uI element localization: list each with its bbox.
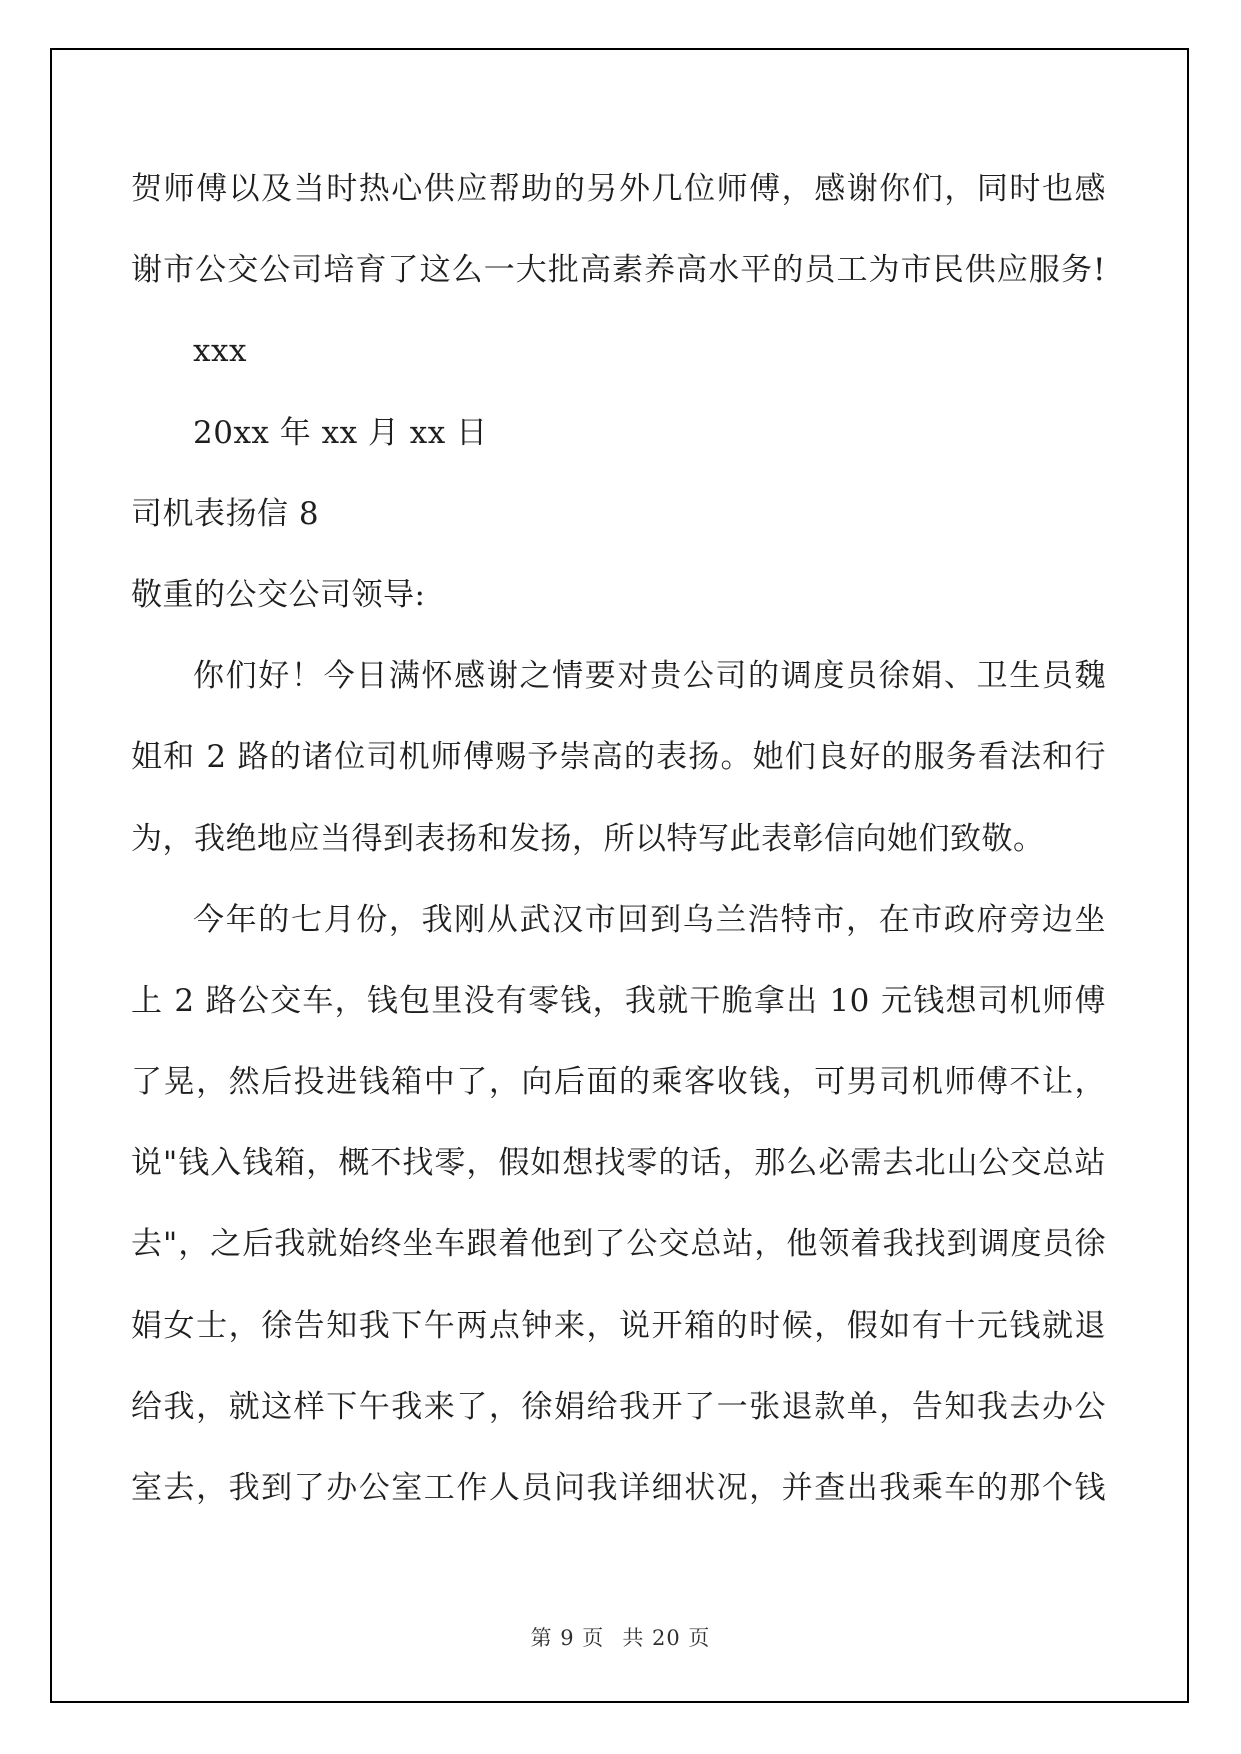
document-line: 你们好！今日满怀感谢之情要对贵公司的调度员徐娟、卫生员魏 (131, 636, 1106, 717)
document-line: 贺师傅以及当时热心供应帮助的另外几位师傅，感谢你们，同时也感 (131, 149, 1106, 230)
document-line: 姐和 2 路的诸位司机师傅赐予崇高的表扬。她们良好的服务看法和行 (131, 717, 1106, 798)
document-line: 上 2 路公交车，钱包里没有零钱，我就干脆拿出 10 元钱想司机师傅晃 (131, 961, 1106, 1042)
salutation-line: 敬重的公交公司领导: (131, 555, 1106, 636)
document-line: 今年的七月份，我刚从武汉市回到乌兰浩特市，在市政府旁边坐 (131, 880, 1106, 961)
footer-current-page: 第 9 页 (531, 1626, 605, 1650)
document-line: 为，我绝地应当得到表扬和发扬，所以特写此表彰信向她们致敬。 (131, 799, 1106, 880)
document-line: 给我，就这样下午我来了，徐娟给我开了一张退款单，告知我去办公 (131, 1367, 1106, 1448)
document-line: 去"，之后我就始终坐车跟着他到了公交总站，他领着我找到调度员徐 (131, 1204, 1106, 1285)
document-line: 了晃，然后投进钱箱中了，向后面的乘客收钱，可男司机师傅不让， (131, 1042, 1106, 1123)
document-line: 室去，我到了办公室工作人员问我详细状况，并查出我乘车的那个钱 (131, 1448, 1106, 1529)
footer-page-number: 第 9 页共 20 页 (0, 1622, 1241, 1652)
document-line: 娟女士，徐告知我下午两点钟来，说开箱的时候，假如有十元钱就退 (131, 1286, 1106, 1367)
document-body: 贺师傅以及当时热心供应帮助的另外几位师傅，感谢你们，同时也感 谢市公交公司培育了… (131, 149, 1106, 1529)
date-line: 20xx 年 xx 月 xx 日 (131, 393, 1106, 474)
document-line: 谢市公交公司培育了这么一大批高素养高水平的员工为市民供应服务! (131, 230, 1106, 311)
section-title: 司机表扬信 8 (131, 474, 1106, 555)
document-line: 说"钱入钱箱，概不找零，假如想找零的话，那么必需去北山公交总站 (131, 1123, 1106, 1204)
signature-line: xxx (131, 311, 1106, 392)
footer-total-pages: 共 20 页 (622, 1626, 710, 1650)
